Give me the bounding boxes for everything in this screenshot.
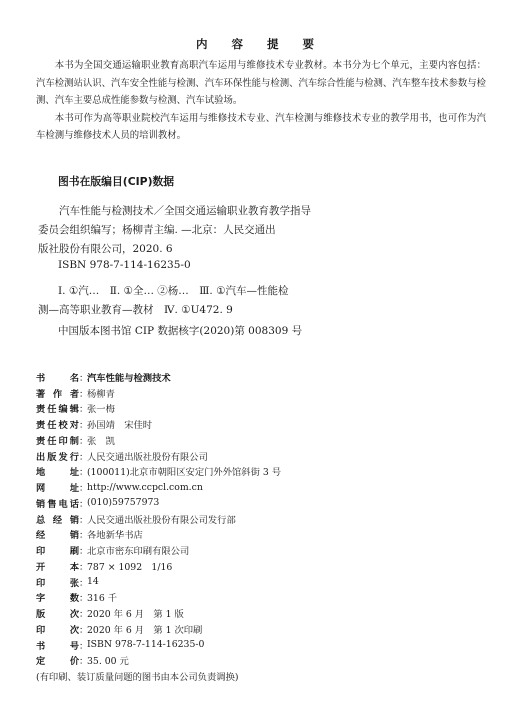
label-colon: ：	[79, 559, 87, 573]
label-char: 次	[70, 606, 79, 620]
label-char: 经	[36, 527, 45, 541]
label-colon: ：	[79, 512, 87, 526]
colophon-value: (100011)北京市朝阳区安定门外外馆斜街 3 号	[87, 464, 281, 478]
label-char: 责	[36, 433, 45, 447]
summary-paragraph: 本书可作为高等职业院校汽车运用与维修技术专业、汽车检测与维修技术专业的教学用书，…	[36, 110, 486, 145]
label-char: 出	[36, 449, 45, 463]
colophon-label: 印张	[36, 575, 79, 589]
label-char: 编	[59, 401, 68, 415]
colophon-label: 著作者	[36, 386, 79, 400]
colophon-label: 出版发行	[36, 449, 79, 463]
colophon-label: 责任校对	[36, 417, 79, 431]
colophon-label: 销售电话	[36, 496, 79, 510]
label-char: 书	[36, 638, 45, 652]
colophon-label: 印刷	[36, 543, 79, 557]
label-char: 印	[36, 622, 45, 636]
colophon-value: 孙国靖 宋佳时	[87, 417, 152, 431]
label-colon: ：	[79, 433, 87, 447]
label-char: 作	[53, 386, 62, 400]
label-colon: ：	[79, 464, 87, 478]
colophon-label: 经销	[36, 527, 79, 541]
cip-isbn: ISBN 978-7-114-16235-0	[58, 259, 191, 271]
colophon-label: 印次	[36, 622, 79, 636]
colophon-value: 316 千	[87, 590, 117, 604]
colophon-row-price: 定价：35. 00 元	[36, 653, 356, 669]
label-char: 对	[70, 417, 79, 431]
label-char: 印	[36, 575, 45, 589]
colophon-label: 书名	[36, 370, 79, 384]
quality-note: (有印刷、装订质量问题的图书由本公司负责调换)	[36, 669, 356, 683]
label-char: 号	[70, 638, 79, 652]
label-char: 校	[59, 417, 68, 431]
colophon-value[interactable]: http://www.ccpcl.com.cn	[87, 482, 203, 493]
label-char: 任	[47, 401, 56, 415]
colophon-value: 人民交通出版社股份有限公司发行部	[87, 512, 236, 526]
label-char: 字	[36, 590, 45, 604]
label-char: 次	[70, 622, 79, 636]
label-colon: ：	[79, 653, 87, 667]
colophon: 书名：汽车性能与检测技术著作者：杨柳青责任编辑：张一梅责任校对：孙国靖 宋佳时责…	[36, 369, 356, 683]
label-colon: ：	[79, 386, 87, 400]
colophon-row-word-count: 字数：316 千	[36, 590, 356, 606]
cip-classification-line: Ⅰ. ①汽… Ⅱ. ①全… ②杨… Ⅲ. ①汽车—性能检	[38, 282, 338, 301]
label-char: 址	[70, 464, 79, 478]
colophon-row-printed-sheets: 印张：14	[36, 574, 356, 590]
cip-record-line: 委员会组织编写；杨柳青主编. —北京：人民交通出	[38, 221, 338, 240]
colophon-label: 版次	[36, 606, 79, 620]
cip-cn-record: 中国版本图书馆 CIP 数据核字(2020)第 008309 号	[58, 323, 302, 338]
colophon-row-book-title: 书名：汽车性能与检测技术	[36, 369, 356, 385]
cip-title: 图书在版编目(CIP)数据	[58, 174, 174, 189]
content-summary: 本书为全国交通运输职业教育高职汽车运用与维修技术专业教材。本书分为七个单元，主要…	[36, 57, 486, 145]
label-char: 数	[70, 590, 79, 604]
colophon-label: 总经销	[36, 512, 79, 526]
label-char: 书	[36, 370, 45, 384]
label-char: 总	[36, 512, 45, 526]
label-colon: ：	[79, 401, 87, 415]
colophon-value: 14	[87, 576, 99, 587]
colophon-label: 书号	[36, 638, 79, 652]
label-char: 印	[36, 543, 45, 557]
label-colon: ：	[79, 370, 87, 384]
label-colon: ：	[79, 496, 87, 510]
cip-record: 汽车性能与检测技术／全国交通运输职业教育教学指导 委员会组织编写；杨柳青主编. …	[38, 202, 338, 259]
colophon-value: 人民交通出版社股份有限公司	[87, 449, 208, 463]
summary-paragraph: 本书为全国交通运输职业教育高职汽车运用与维修技术专业教材。本书分为七个单元，主要…	[36, 57, 486, 110]
label-char: 销	[70, 512, 79, 526]
cip-record-line: 汽车性能与检测技术／全国交通运输职业教育教学指导	[38, 202, 338, 221]
label-char: 责	[36, 417, 45, 431]
label-colon: ：	[79, 417, 87, 431]
colophon-value: 北京市密东印刷有限公司	[87, 543, 189, 557]
colophon-row-proofreader: 责任校对：孙国靖 宋佳时	[36, 416, 356, 432]
label-char: 辑	[70, 401, 79, 415]
label-char: 本	[70, 559, 79, 573]
colophon-value: 35. 00 元	[87, 653, 129, 667]
cip-classification-line: 测—高等职业教育—教材 Ⅳ. ①U472. 9	[38, 301, 338, 320]
label-colon: ：	[79, 606, 87, 620]
colophon-row-print-supervisor: 责任印制：张 凯	[36, 432, 356, 448]
cip-classification: Ⅰ. ①汽… Ⅱ. ①全… ②杨… Ⅲ. ①汽车—性能检 测—高等职业教育—教材…	[38, 282, 338, 320]
colophon-row-address: 地址：(100011)北京市朝阳区安定门外外馆斜街 3 号	[36, 464, 356, 480]
colophon-label: 定价	[36, 653, 79, 667]
label-colon: ：	[79, 575, 87, 589]
colophon-row-distributor: 经销：各地新华书店	[36, 527, 356, 543]
label-char: 名	[70, 370, 79, 384]
label-char: 销	[36, 496, 45, 510]
label-char: 著	[36, 386, 45, 400]
label-colon: ：	[79, 638, 87, 652]
colophon-row-author: 著作者：杨柳青	[36, 385, 356, 401]
label-colon: ：	[79, 527, 87, 541]
summary-title: 内 容 提 要	[0, 36, 520, 52]
label-char: 责	[36, 401, 45, 415]
label-colon: ：	[79, 622, 87, 636]
label-colon: ：	[79, 543, 87, 557]
colophon-row-publisher: 出版发行：人民交通出版社股份有限公司	[36, 448, 356, 464]
colophon-value: (010)59757973	[87, 497, 159, 508]
copyright-page: 内 容 提 要 本书为全国交通运输职业教育高职汽车运用与维修技术专业教材。本书分…	[0, 0, 520, 706]
label-char: 版	[47, 449, 56, 463]
label-colon: ：	[79, 449, 87, 463]
label-char: 制	[70, 433, 79, 447]
label-char: 行	[70, 449, 79, 463]
cip-record-line: 版社股份有限公司，2020. 6	[38, 240, 338, 259]
colophon-label: 字数	[36, 590, 79, 604]
label-char: 任	[47, 417, 56, 431]
colophon-value: 各地新华书店	[87, 527, 143, 541]
colophon-label: 地址	[36, 464, 79, 478]
label-colon: ：	[79, 480, 87, 494]
colophon-row-edition: 版次：2020 年 6 月 第 1 版	[36, 605, 356, 621]
colophon-label: 网址	[36, 480, 79, 494]
label-char: 张	[70, 575, 79, 589]
colophon-value: 2020 年 6 月 第 1 次印刷	[87, 622, 202, 636]
colophon-value: 2020 年 6 月 第 1 版	[87, 606, 184, 620]
label-char: 址	[70, 480, 79, 494]
label-char: 销	[70, 527, 79, 541]
label-char: 刷	[70, 543, 79, 557]
colophon-value: 汽车性能与检测技术	[87, 370, 171, 384]
label-char: 地	[36, 464, 45, 478]
label-char: 经	[53, 512, 62, 526]
colophon-row-website: 网址：http://www.ccpcl.com.cn	[36, 479, 356, 495]
label-char: 任	[47, 433, 56, 447]
label-char: 者	[70, 386, 79, 400]
colophon-row-printer: 印刷：北京市密东印刷有限公司	[36, 542, 356, 558]
colophon-value: 杨柳青	[87, 386, 115, 400]
label-char: 发	[59, 449, 68, 463]
label-char: 版	[36, 606, 45, 620]
label-colon: ：	[79, 590, 87, 604]
colophon-label: 责任编辑	[36, 401, 79, 415]
colophon-label: 开本	[36, 559, 79, 573]
label-char: 网	[36, 480, 45, 494]
colophon-value: ISBN 978-7-114-16235-0	[87, 639, 204, 650]
colophon-row-sales-phone: 销售电话：(010)59757973	[36, 495, 356, 511]
colophon-row-isbn: 书号：ISBN 978-7-114-16235-0	[36, 637, 356, 653]
colophon-value: 张一梅	[87, 401, 115, 415]
label-char: 价	[70, 653, 79, 667]
colophon-value: 787 × 1092 1/16	[87, 559, 172, 573]
label-char: 售	[47, 496, 56, 510]
label-char: 印	[59, 433, 68, 447]
colophon-row-editor: 责任编辑：张一梅	[36, 401, 356, 417]
label-char: 电	[59, 496, 68, 510]
colophon-label: 责任印制	[36, 433, 79, 447]
label-char: 定	[36, 653, 45, 667]
colophon-row-general-distributor: 总经销：人民交通出版社股份有限公司发行部	[36, 511, 356, 527]
label-char: 开	[36, 559, 45, 573]
colophon-row-printing: 印次：2020 年 6 月 第 1 次印刷	[36, 621, 356, 637]
colophon-value: 张 凯	[87, 433, 115, 447]
label-char: 话	[70, 496, 79, 510]
colophon-row-format: 开本：787 × 1092 1/16	[36, 558, 356, 574]
